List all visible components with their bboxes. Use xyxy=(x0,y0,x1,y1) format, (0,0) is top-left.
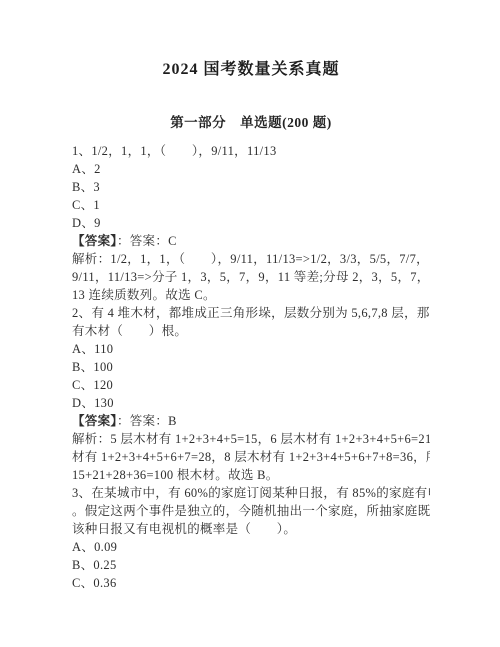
answer-value: ：答案：C xyxy=(117,234,177,248)
question-3-stem-line-2: 。假定这两个事件是独立的，今随机抽出一个家庭，所抽家庭既订阅 xyxy=(72,502,430,520)
question-2-analysis-line-3: 15+21+28+36=100 根木材。故选 B。 xyxy=(72,466,430,484)
question-1-option-a: A、2 xyxy=(72,160,430,178)
question-3-option-a: A、0.09 xyxy=(72,538,430,556)
question-2-stem-line-1: 2、有 4 堆木材，都堆成正三角形垛，层数分别为 5,6,7,8 层，那么共 xyxy=(72,304,430,322)
question-3-stem-line-3: 该种日报又有电视机的概率是（ ）。 xyxy=(72,520,430,538)
question-3-stem-line-1: 3、在某城市中，有 60%的家庭订阅某种日报，有 85%的家庭有电视机 xyxy=(72,484,430,502)
question-3: 3、在某城市中，有 60%的家庭订阅某种日报，有 85%的家庭有电视机 。假定这… xyxy=(72,484,430,592)
questions-area: 1、1/2，1，1，（ ），9/11，11/13 A、2 B、3 C、1 D、9… xyxy=(72,142,430,592)
answer-label: 【答案】 xyxy=(72,234,117,248)
question-2-option-d: D、130 xyxy=(72,394,430,412)
question-1-analysis-line-3: 13 连续质数列。故选 C。 xyxy=(72,286,430,304)
question-2-option-c: C、120 xyxy=(72,376,430,394)
question-2-analysis-line-1: 解析：5 层木材有 1+2+3+4+5=15，6 层木材有 1+2+3+4+5+… xyxy=(72,430,430,448)
question-1-option-d: D、9 xyxy=(72,214,430,232)
question-3-option-b: B、0.25 xyxy=(72,556,430,574)
question-3-option-c: C、0.36 xyxy=(72,574,430,592)
question-2-analysis-line-2: 材有 1+2+3+4+5+6+7=28，8 层木材有 1+2+3+4+5+6+7… xyxy=(72,448,430,466)
question-1-option-c: C、1 xyxy=(72,196,430,214)
section-heading: 第一部分 单选题(200 题) xyxy=(72,113,430,133)
question-1-answer: 【答案】：答案：C xyxy=(72,232,430,250)
page-title: 2024 国考数量关系真题 xyxy=(72,58,430,82)
answer-label: 【答案】 xyxy=(72,414,117,428)
question-1-analysis-line-1: 解析：1/2，1，1，（ ），9/11，11/13=>1/2，3/3，5/5，7… xyxy=(72,250,430,268)
question-1-option-b: B、3 xyxy=(72,178,430,196)
question-2-answer: 【答案】：答案：B xyxy=(72,412,430,430)
question-2-option-a: A、110 xyxy=(72,340,430,358)
document-page: 2024 国考数量关系真题 第一部分 单选题(200 题) 1、1/2，1，1，… xyxy=(0,0,500,647)
answer-value: ：答案：B xyxy=(117,414,177,428)
question-1: 1、1/2，1，1，（ ），9/11，11/13 A、2 B、3 C、1 D、9… xyxy=(72,142,430,304)
question-2-option-b: B、100 xyxy=(72,358,430,376)
question-1-stem: 1、1/2，1，1，（ ），9/11，11/13 xyxy=(72,142,430,160)
question-1-analysis-line-2: 9/11，11/13=>分子 1，3，5，7，9，11 等差;分母 2，3，5，… xyxy=(72,268,430,286)
page-content: 2024 国考数量关系真题 第一部分 单选题(200 题) 1、1/2，1，1，… xyxy=(0,0,500,592)
question-2-stem-line-2: 有木材（ ）根。 xyxy=(72,322,430,340)
question-2: 2、有 4 堆木材，都堆成正三角形垛，层数分别为 5,6,7,8 层，那么共 有… xyxy=(72,304,430,484)
